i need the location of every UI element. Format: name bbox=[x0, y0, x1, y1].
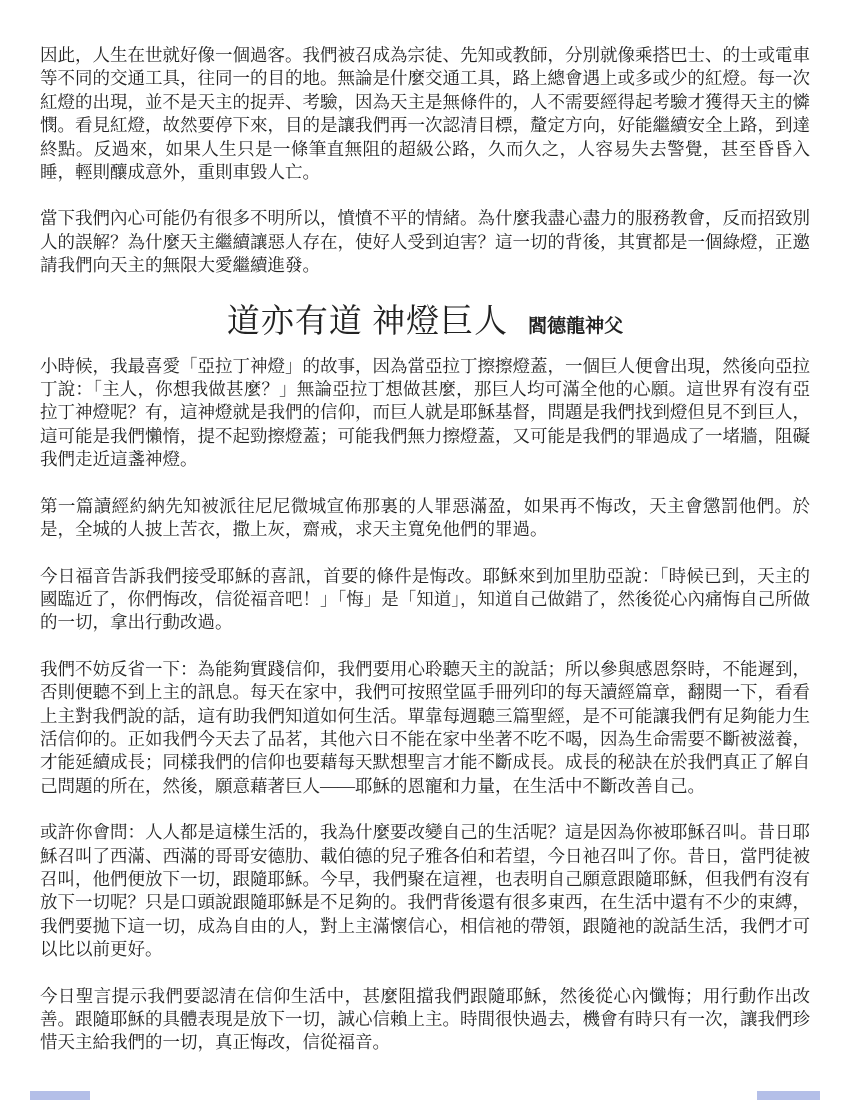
lead-paragraph-1: 因此，人生在世就好像一個過客。我們被召成為宗徒、先知或教師，分別就像乘搭巴士、的… bbox=[40, 44, 810, 184]
article-title: 道亦有道 神燈巨人 bbox=[227, 304, 508, 340]
body-paragraph-6: 今日聖言提示我們要認清在信仰生活中，甚麼阻擋我們跟隨耶穌，然後從心內懺悔；用行動… bbox=[40, 985, 810, 1055]
body-paragraph-3: 今日福音告訴我們接受耶穌的喜訊，首要的條件是悔改。耶穌來到加里肋亞說：「時候已到… bbox=[40, 565, 810, 635]
lead-paragraph-2: 當下我們內心可能仍有很多不明所以，憤憤不平的情緒。為什麼我盡心盡力的服務教會，反… bbox=[40, 207, 810, 277]
body-paragraph-5: 或許你會問：人人都是這樣生活的，我為什麼要改變自己的生活呢？這是因為你被耶穌召叫… bbox=[40, 821, 810, 961]
article-author: 閻德龍神父 bbox=[528, 316, 623, 337]
body-paragraph-4: 我們不妨反省一下：為能夠實踐信仰，我們要用心聆聽天主的說話；所以參與感恩祭時，不… bbox=[40, 658, 810, 798]
page-bottom-mark-left bbox=[30, 1091, 90, 1100]
document-page: 因此，人生在世就好像一個過客。我們被召成為宗徒、先知或教師，分別就像乘搭巴士、的… bbox=[0, 0, 850, 1100]
body-paragraph-2: 第一篇讀經約納先知被派往尼尼微城宣佈那裏的人罪惡滿盈，如果再不悔改，天主會懲罰他… bbox=[40, 495, 810, 542]
body-paragraph-1: 小時候，我最喜愛「亞拉丁神燈」的故事，因為當亞拉丁擦擦燈蓋，一個巨人便會出現，然… bbox=[40, 355, 810, 472]
page-bottom-mark-right bbox=[757, 1091, 820, 1100]
article-heading: 道亦有道 神燈巨人 閻德龍神父 bbox=[40, 301, 810, 347]
